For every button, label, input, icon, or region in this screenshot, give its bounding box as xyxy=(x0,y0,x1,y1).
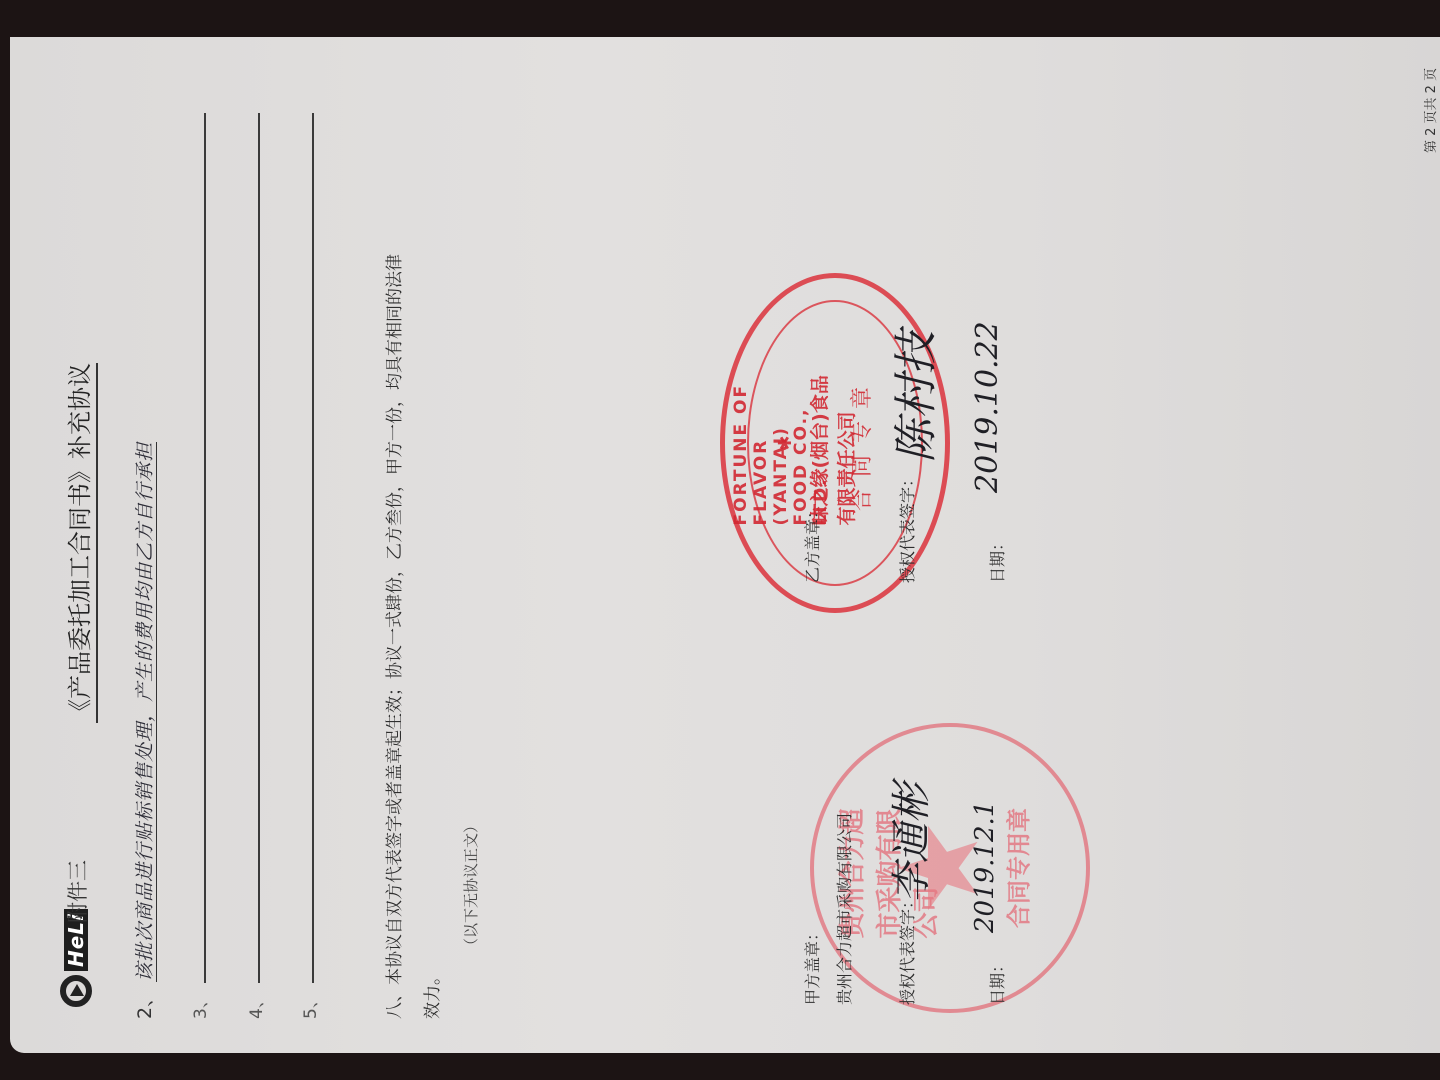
item-3-blank-line xyxy=(204,113,206,983)
item-4-blank-line xyxy=(258,113,260,983)
item-5-number: 5、 xyxy=(296,991,321,1019)
item-4-number: 4、 xyxy=(242,991,267,1019)
item-2: 2、该批次商品进行贴标销售处理，产生的费用均由乙方自行承担 xyxy=(130,442,157,1019)
clause-8-line-1: 八、本协议自双方代表签字或者盖章起生效；协议一式肆份，乙方叁份，甲方一份，均具有… xyxy=(380,254,405,1019)
page-number: 第 2 页共 2 页 xyxy=(1420,68,1439,153)
heli-logo-icon xyxy=(60,975,92,1007)
attachment-label: 附件三 xyxy=(62,860,92,923)
party-a-date: 2019.12.1 xyxy=(970,801,1000,933)
party-a-company-name: 贵州合力超市采购有限公司 xyxy=(832,813,855,1005)
item-3-number: 3、 xyxy=(186,991,211,1019)
party-b-date-label: 日期： xyxy=(985,535,1008,583)
party-b-date: 2019.10.22 xyxy=(970,321,1005,493)
party-b-stamp-seal-text: 合同专章 xyxy=(845,375,876,511)
item-2-number: 2、 xyxy=(134,988,156,1019)
party-a-signature: 李通彬 xyxy=(880,783,937,903)
party-b-seal-label: 乙方盖章： xyxy=(800,503,823,583)
party-b-signature: 陈村技 xyxy=(880,331,944,463)
heli-logo: HeLi xyxy=(60,909,92,1007)
party-a-rep-label: 授权代表签字： xyxy=(895,893,918,1005)
asterisk-icon: ✱ xyxy=(775,435,796,450)
clause-8-line-2: 效力。 xyxy=(418,968,443,1019)
rotated-document-page: HeLi 附件三 《产品委托加工合同书》补充协议 2、该批次商品进行贴标销售处理… xyxy=(10,37,1440,1053)
party-b-rep-label: 授权代表签字： xyxy=(895,471,918,583)
party-a-stamp-seal-text: 合同专用章 xyxy=(999,808,1034,928)
item-5-blank-line xyxy=(312,113,314,983)
party-a-seal-label: 甲方盖章： xyxy=(800,925,823,1005)
document-title: 《产品委托加工合同书》补充协议 xyxy=(60,363,98,723)
paper-sheet: HeLi 附件三 《产品委托加工合同书》补充协议 2、该批次商品进行贴标销售处理… xyxy=(10,37,1440,1053)
item-2-handwritten-text: 该批次商品进行贴标销售处理，产生的费用均由乙方自行承担 xyxy=(134,442,157,982)
party-a-date-label: 日期： xyxy=(985,957,1008,1005)
end-of-text-note: （以下无协议正文） xyxy=(460,818,481,953)
